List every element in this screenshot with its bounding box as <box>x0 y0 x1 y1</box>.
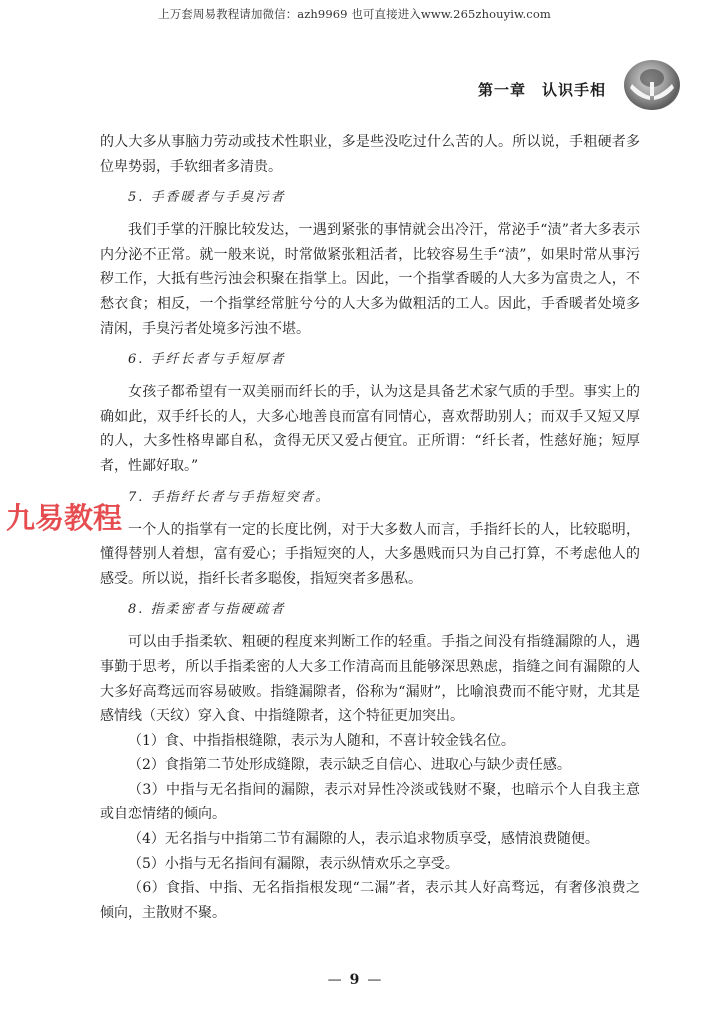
section-7-paragraph: 一个人的指掌有一定的长度比例，对于大多数人而言，手指纤长的人，比较聪明，懂得替别… <box>100 518 640 592</box>
section-8-paragraph: 可以由手指柔软、粗硬的程度来判断工作的轻重。手指之间没有指缝漏隙的人，遇事勤于思… <box>100 630 640 728</box>
section-heading-5: 5. 手香暖者与手臭污者 <box>100 179 640 218</box>
section-heading-7: 7. 手指纤长者与手指短突者。 <box>100 479 640 518</box>
list-item-1: （1）食、中指指根缝隙，表示为人随和，不喜计较金钱名位。 <box>100 729 640 754</box>
chapter-label: 第一章 <box>478 81 526 99</box>
intro-paragraph: 的人大多从事脑力劳动或技术性职业，多是些没吃过什么苦的人。所以说，手粗硬者多位卑… <box>100 130 640 179</box>
top-banner: 上万套周易教程请加微信：azh9969 也可直接进入www.265zhouyiw… <box>0 6 709 22</box>
dash-left: — <box>328 972 342 988</box>
section-6-paragraph: 女孩子都希望有一双美丽而纤长的手，认为这是具备艺术家气质的手型。事实上的确如此，… <box>100 380 640 478</box>
list-item-3: （3）中指与无名指间的漏隙，表示对异性冷淡或钱财不聚，也暗示个人自我主意或自恋情… <box>100 778 640 827</box>
section-5-paragraph: 我们手掌的汗腺比较发达，一遇到紧张的事情就会出冷汗，常泌手“渍”者大多表示内分泌… <box>100 218 640 341</box>
section-heading-6: 6. 手纤长者与手短厚者 <box>100 341 640 380</box>
list-item-5: （5）小指与无名指间有漏隙，表示纵情欢乐之享受。 <box>100 852 640 877</box>
hands-holding-tree-logo-icon <box>624 60 680 110</box>
dash-right: — <box>367 972 381 988</box>
page-number: 9 <box>350 972 360 988</box>
page-body: 的人大多从事脑力劳动或技术性职业，多是些没吃过什么苦的人。所以说，手粗硬者多位卑… <box>100 130 640 925</box>
list-item-6: （6）食指、中指、无名指指根发现“二漏”者，表示其人好高骛远，有奢侈浪费之倾向，… <box>100 876 640 925</box>
chapter-title: 认识手相 <box>542 81 606 99</box>
section-heading-8: 8. 指柔密者与指硬疏者 <box>100 591 640 630</box>
list-item-2: （2）食指第二节处形成缝隙，表示缺乏自信心、进取心与缺少责任感。 <box>100 753 640 778</box>
page-footer: —9— <box>0 972 709 988</box>
list-item-4: （4）无名指与中指第二节有漏隙的人，表示追求物质享受，感情浪费随便。 <box>100 827 640 852</box>
running-head: 第一章认识手相 <box>478 79 606 100</box>
